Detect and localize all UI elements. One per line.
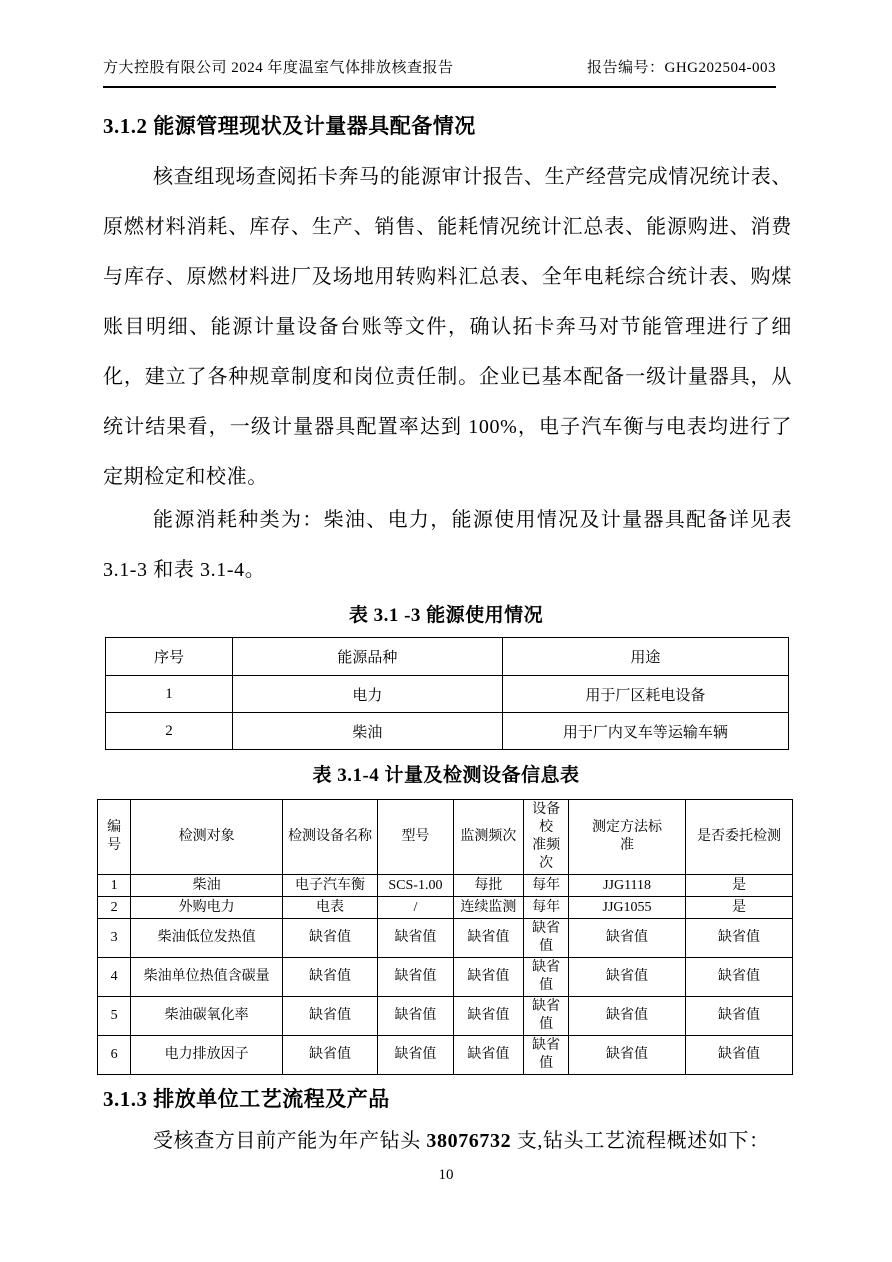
page-number: 10 [0,1167,892,1184]
table-row: 2柴油用于厂内叉车等运输车辆 [106,713,789,750]
table-cell: 缺省值 [685,1036,792,1075]
table-cell: 外购电力 [131,897,283,919]
table-cell: 是 [685,875,792,897]
table-cell: JJG1118 [569,875,686,897]
table-cell: 用于厂内叉车等运输车辆 [502,713,788,750]
table-cell: 每批 [453,875,523,897]
header-report-number: 报告编号：GHG202504-003 [587,56,776,77]
table-cell: 缺省值 [524,919,569,958]
table-cell: 2 [98,897,131,919]
table-cell: 缺省值 [569,1036,686,1075]
table-header-row: 序号 能源品种 用途 [106,638,789,676]
table-cell: 柴油 [233,713,503,750]
table-cell: 5 [98,997,131,1036]
paragraph-energy-management: 核查组现场查阅拓卡奔马的能源审计报告、生产经营完成情况统计表、原燃材料消耗、库存… [103,152,792,502]
table-row: 2外购电力电表/连续监测每年JJG1055是 [98,897,793,919]
capacity-text-suffix: 支,钻头工艺流程概述如下： [511,1130,769,1152]
table-cell: 缺省值 [453,958,523,997]
table-cell: 缺省值 [378,1036,454,1075]
table-cell: 1 [106,676,233,713]
column-header-outsourced-test: 是否委托检测 [685,800,792,875]
column-header-calibration-frequency: 设备校 准频次 [524,800,569,875]
column-header-no: 编 号 [98,800,131,875]
column-header-model: 型号 [378,800,454,875]
table-cell: 缺省值 [685,997,792,1036]
table-cell: 缺省值 [378,958,454,997]
table-title-devices: 表 3.1-4 计量及检测设备信息表 [0,763,892,789]
column-header-energy-kind: 能源品种 [233,638,503,676]
column-header-usage: 用途 [502,638,788,676]
table-cell: 缺省值 [569,958,686,997]
table-cell: 柴油低位发热值 [131,919,283,958]
table-cell: 缺省值 [524,1036,569,1075]
table-title-energy-use: 表 3.1 -3 能源使用情况 [0,603,892,629]
table-row: 5柴油碳氧化率缺省值缺省值缺省值缺省值缺省值缺省值 [98,997,793,1036]
table-cell: 2 [106,713,233,750]
capacity-number: 38076732 [426,1130,511,1152]
table-row: 4柴油单位热值含碳量缺省值缺省值缺省值缺省值缺省值缺省值 [98,958,793,997]
table-cell: 柴油单位热值含碳量 [131,958,283,997]
document-page: 方大控股有限公司 2024 年度温室气体排放核查报告 报告编号：GHG20250… [0,0,892,1262]
table-cell: 缺省值 [685,919,792,958]
measuring-devices-table: 编 号 检测对象 检测设备名称 型号 监测频次 设备校 准频次 测定方法标 准 … [97,799,793,1075]
column-header-index: 序号 [106,638,233,676]
section-heading-3-1-3: 3.1.3 排放单位工艺流程及产品 [103,1085,789,1113]
table-cell: 缺省值 [453,919,523,958]
table-cell: 电力 [233,676,503,713]
table-cell: 缺省值 [453,1036,523,1075]
column-header-method-standard: 测定方法标 准 [569,800,686,875]
header-document-title: 方大控股有限公司 2024 年度温室气体排放核查报告 [103,56,454,77]
table-cell: 缺省值 [378,919,454,958]
column-header-test-object: 检测对象 [131,800,283,875]
paragraph-energy-types: 能源消耗种类为：柴油、电力，能源使用情况及计量器具配备详见表 3.1-3 和表 … [103,495,792,595]
energy-use-table: 序号 能源品种 用途 1电力用于厂区耗电设备2柴油用于厂内叉车等运输车辆 [105,637,789,750]
table-row: 3柴油低位发热值缺省值缺省值缺省值缺省值缺省值缺省值 [98,919,793,958]
page-header: 方大控股有限公司 2024 年度温室气体排放核查报告 报告编号：GHG20250… [103,56,776,88]
table-cell: SCS-1.00 [378,875,454,897]
table-cell: 缺省值 [569,997,686,1036]
table-cell: 电表 [282,897,377,919]
table-cell: 6 [98,1036,131,1075]
table-cell: 柴油碳氧化率 [131,997,283,1036]
table-row: 1柴油电子汽车衡SCS-1.00每批每年JJG1118是 [98,875,793,897]
table-cell: 缺省值 [685,958,792,997]
capacity-text-prefix: 受核查方目前产能为年产钻头 [153,1130,426,1152]
table-cell: 柴油 [131,875,283,897]
column-header-monitor-frequency: 监测频次 [453,800,523,875]
table-cell: / [378,897,454,919]
table-cell: 缺省值 [524,958,569,997]
table-cell: 连续监测 [453,897,523,919]
column-header-device-name: 检测设备名称 [282,800,377,875]
table-cell: JJG1055 [569,897,686,919]
table-cell: 电子汽车衡 [282,875,377,897]
table-row: 6电力排放因子缺省值缺省值缺省值缺省值缺省值缺省值 [98,1036,793,1075]
table-cell: 缺省值 [282,997,377,1036]
table-cell: 4 [98,958,131,997]
table-cell: 缺省值 [524,997,569,1036]
table-cell: 每年 [524,897,569,919]
table-cell: 缺省值 [282,1036,377,1075]
table-row: 1电力用于厂区耗电设备 [106,676,789,713]
table-cell: 是 [685,897,792,919]
table-cell: 电力排放因子 [131,1036,283,1075]
table-cell: 用于厂区耗电设备 [502,676,788,713]
table-cell: 3 [98,919,131,958]
table-cell: 缺省值 [282,919,377,958]
section-heading-3-1-2: 3.1.2 能源管理现状及计量器具配备情况 [103,112,789,140]
table-header-row: 编 号 检测对象 检测设备名称 型号 监测频次 设备校 准频次 测定方法标 准 … [98,800,793,875]
table-cell: 缺省值 [282,958,377,997]
table-cell: 缺省值 [569,919,686,958]
table-cell: 每年 [524,875,569,897]
paragraph-capacity: 受核查方目前产能为年产钻头 38076732 支,钻头工艺流程概述如下： [103,1126,792,1156]
table-cell: 1 [98,875,131,897]
table-cell: 缺省值 [378,997,454,1036]
table-cell: 缺省值 [453,997,523,1036]
